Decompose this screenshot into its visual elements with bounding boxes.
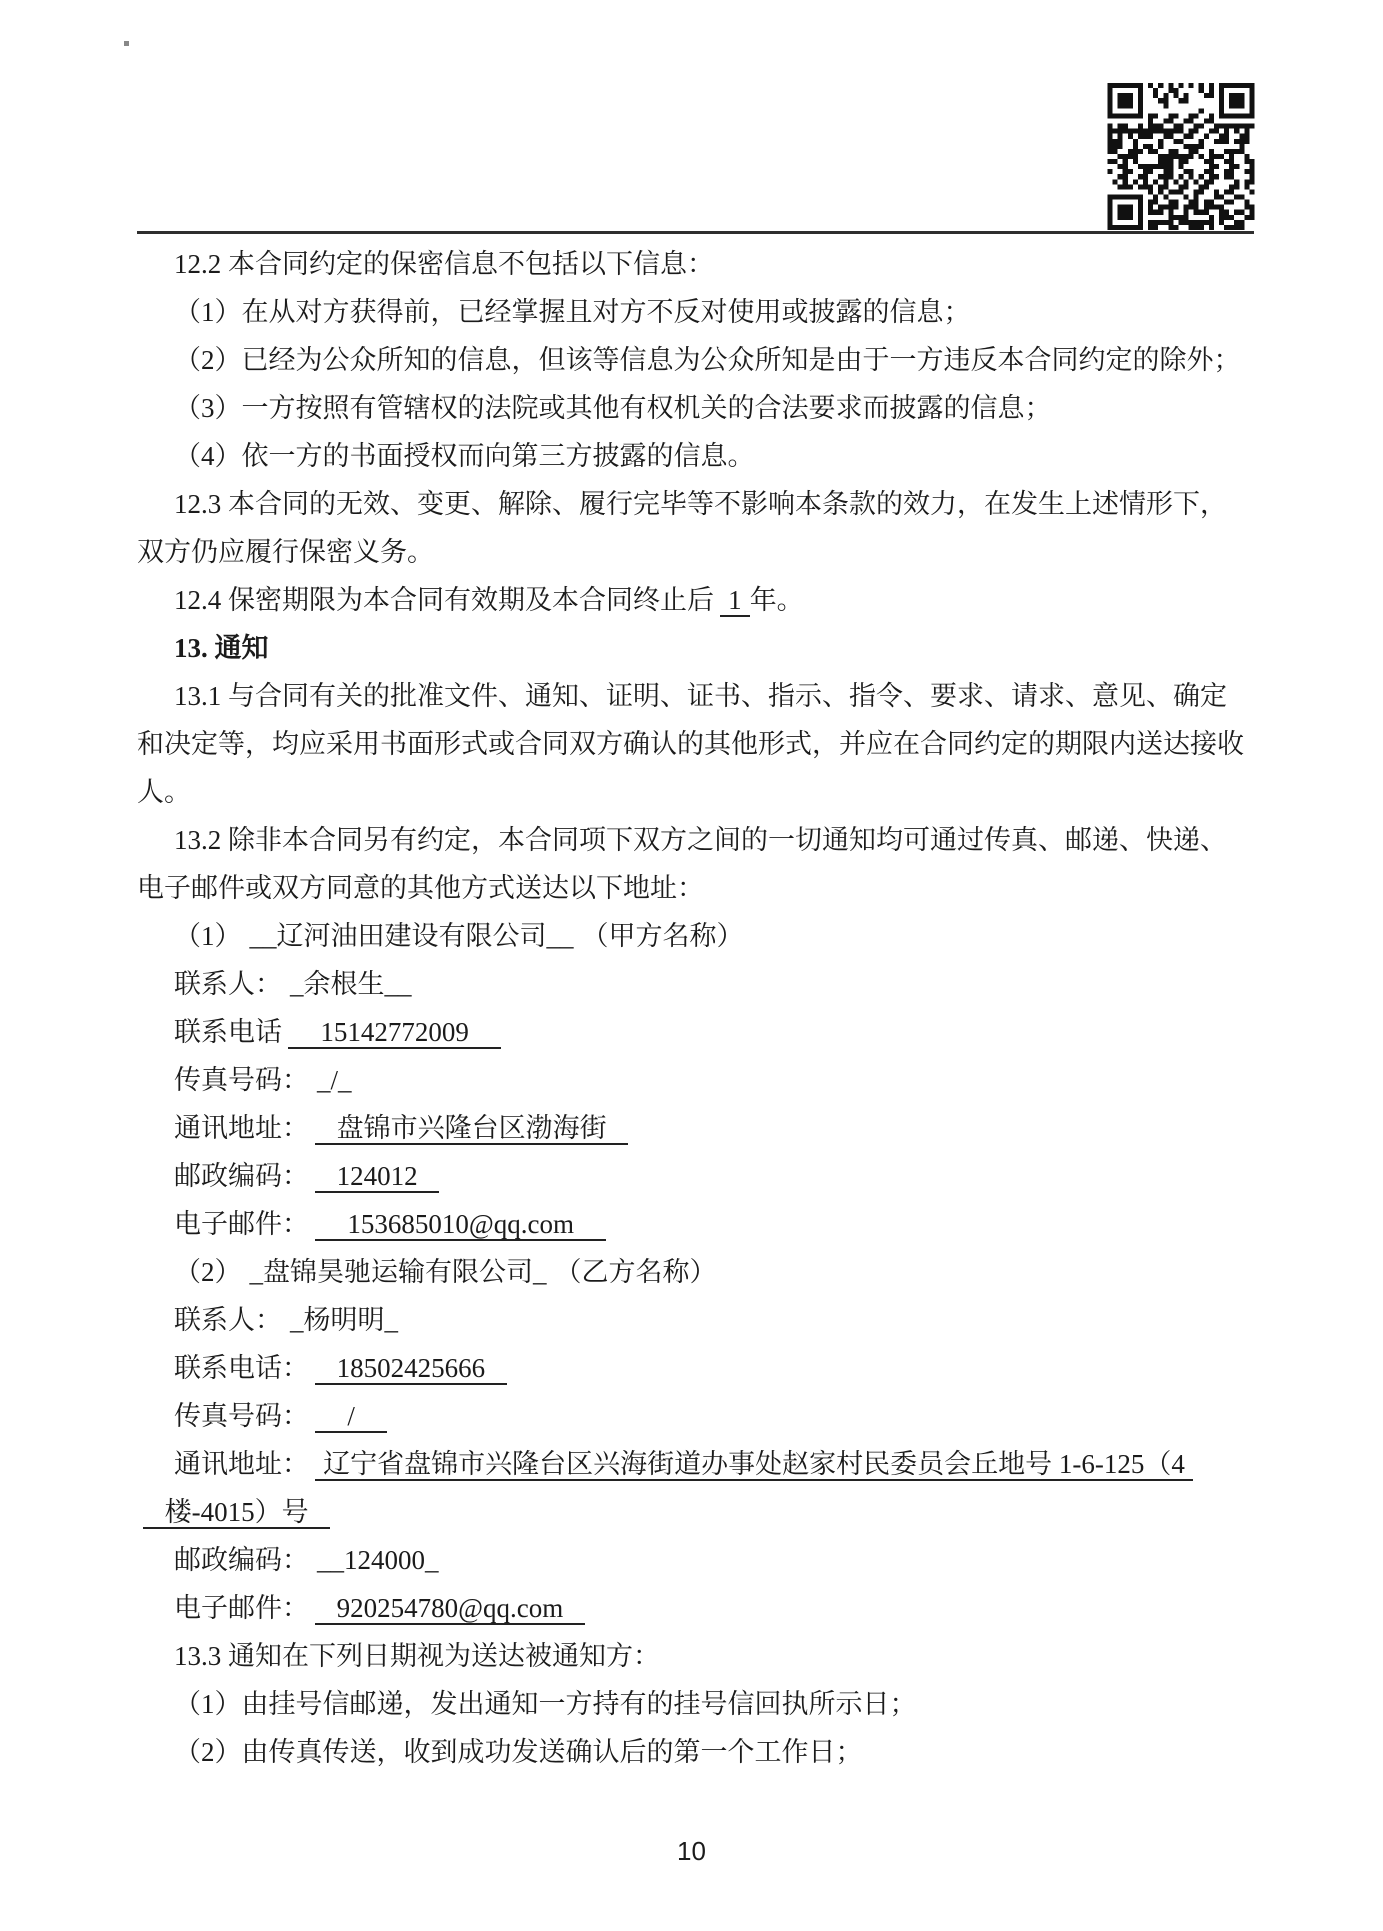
text-run: 传真号码： <box>174 1401 309 1431</box>
underlined-field-value: 18502425666 <box>315 1353 507 1385</box>
text-run: 13.1 与合同有关的批准文件、通知、证明、证书、指示、指令、要求、请求、意见、… <box>174 681 1227 711</box>
party-b-email: 电子邮件：920254780@qq.com <box>137 1584 1262 1632</box>
qr-code-image <box>1107 83 1255 230</box>
text-run: （1）由挂号信邮递，发出通知一方持有的挂号信回执所示日； <box>174 1689 917 1719</box>
text-run: （2） <box>174 1257 242 1287</box>
text-run: 通讯地址： <box>174 1449 309 1479</box>
clause-12-3-line-1: 12.3 本合同的无效、变更、解除、履行完毕等不影响本条款的效力，在发生上述情形… <box>137 480 1262 528</box>
page-number: 10 <box>0 1836 1383 1867</box>
clause-13-2-line-1: 13.2 除非本合同另有约定，本合同项下双方之间的一切通知均可通过传真、邮递、快… <box>137 816 1262 864</box>
clause-12-2-item-4: （4）依一方的书面授权而向第三方披露的信息。 <box>137 432 1262 480</box>
scan-speck <box>124 41 129 46</box>
text-run: （4）依一方的书面授权而向第三方披露的信息。 <box>174 441 755 471</box>
clause-13-1-line-1: 13.1 与合同有关的批准文件、通知、证明、证书、指示、指令、要求、请求、意见、… <box>137 672 1262 720</box>
underlined-field-value: 楼-4015）号 <box>143 1497 330 1529</box>
clause-13-2-line-2: 电子邮件或双方同意的其他方式送达以下地址： <box>137 864 1262 912</box>
underlined-field-value: 153685010@qq.com <box>315 1209 606 1241</box>
text-run: 电子邮件或双方同意的其他方式送达以下地址： <box>137 873 704 903</box>
text-run: 人。 <box>137 777 191 807</box>
text-run: 和决定等，均应采用书面形式或合同双方确认的其他形式，并应在合同约定的期限内送达接… <box>137 729 1244 759</box>
party-a-postcode: 邮政编码：124012 <box>137 1152 1262 1200</box>
party-b-fax: 传真号码：/ <box>137 1392 1262 1440</box>
scanned-contract-page: 12.2 本合同约定的保密信息不包括以下信息：（1）在从对方获得前，已经掌握且对… <box>0 0 1383 1931</box>
clause-12-3-line-2: 双方仍应履行保密义务。 <box>137 528 1262 576</box>
text-run: 通讯地址： <box>174 1113 309 1143</box>
underlined-field-value: 1 <box>720 585 750 617</box>
text-run: （1）在从对方获得前，已经掌握且对方不反对使用或披露的信息； <box>174 297 971 327</box>
party-a-fax: 传真号码：_/_ <box>137 1056 1262 1104</box>
text-run: 联系人： <box>174 1305 282 1335</box>
text-run: 电子邮件： <box>174 1209 309 1239</box>
party-b-name-line: （2）_盘锦昊驰运输有限公司_（乙方名称） <box>137 1248 1262 1296</box>
text-run: 邮政编码： <box>174 1161 309 1191</box>
text-run: 邮政编码： <box>174 1545 309 1575</box>
text-run: （2）由传真传送，收到成功发送确认后的第一个工作日； <box>174 1737 863 1767</box>
underlined-field-value: 辽宁省盘锦市兴隆台区兴海街道办事处赵家村民委员会丘地号 1-6-125（4 <box>315 1449 1193 1481</box>
text-run: （1） <box>174 921 242 951</box>
party-a-phone: 联系电话15142772009 <box>137 1008 1262 1056</box>
party-b-address-line-2: 楼-4015）号 <box>137 1488 1262 1536</box>
text-run: 电子邮件： <box>174 1593 309 1623</box>
text-run: 年。 <box>750 585 804 615</box>
text-run: 联系电话： <box>174 1353 309 1383</box>
text-run: 13.3 通知在下列日期视为送达被通知方： <box>174 1641 660 1671</box>
text-run: （甲方名称） <box>582 921 744 951</box>
text-run: 双方仍应履行保密义务。 <box>137 537 434 567</box>
text-run: 12.3 本合同的无效、变更、解除、履行完毕等不影响本条款的效力，在发生上述情形… <box>174 489 1227 519</box>
underlined-field-value: / <box>315 1401 387 1433</box>
field-value: _余根生__ <box>290 969 412 999</box>
text-run: 联系人： <box>174 969 282 999</box>
underlined-field-value: 920254780@qq.com <box>315 1593 585 1625</box>
party-a-email: 电子邮件：153685010@qq.com <box>137 1200 1262 1248</box>
text-run: （乙方名称） <box>555 1257 717 1287</box>
text-run: 12.4 保密期限为本合同有效期及本合同终止后 <box>174 585 714 615</box>
section-13-heading: 13. 通知 <box>137 624 1262 672</box>
clause-12-2-item-3: （3）一方按照有管辖权的法院或其他有权机关的合法要求而披露的信息； <box>137 384 1262 432</box>
clause-12-2-item-2: （2）已经为公众所知的信息，但该等信息为公众所知是由于一方违反本合同约定的除外； <box>137 336 1262 384</box>
text-run: （2）已经为公众所知的信息，但该等信息为公众所知是由于一方违反本合同约定的除外； <box>174 345 1241 375</box>
party-a-address: 通讯地址：盘锦市兴隆台区渤海街 <box>137 1104 1262 1152</box>
party-b-address-line-1: 通讯地址：辽宁省盘锦市兴隆台区兴海街道办事处赵家村民委员会丘地号 1-6-125… <box>137 1440 1262 1488</box>
field-value: _盘锦昊驰运输有限公司_ <box>250 1257 547 1287</box>
text-run: 13.2 除非本合同另有约定，本合同项下双方之间的一切通知均可通过传真、邮递、快… <box>174 825 1227 855</box>
party-b-contact-person: 联系人：_杨明明_ <box>137 1296 1262 1344</box>
field-value: __辽河油田建设有限公司__ <box>250 921 574 951</box>
underlined-field-value: 15142772009 <box>288 1017 501 1049</box>
underlined-field-value: 124012 <box>315 1161 439 1193</box>
underlined-field-value: 盘锦市兴隆台区渤海街 <box>315 1113 628 1145</box>
document-body: 12.2 本合同约定的保密信息不包括以下信息：（1）在从对方获得前，已经掌握且对… <box>137 240 1262 1776</box>
clause-13-1-line-2: 和决定等，均应采用书面形式或合同双方确认的其他形式，并应在合同约定的期限内送达接… <box>137 720 1262 768</box>
clause-13-3: 13.3 通知在下列日期视为送达被通知方： <box>137 1632 1262 1680</box>
party-b-phone: 联系电话：18502425666 <box>137 1344 1262 1392</box>
clause-13-1-line-3: 人。 <box>137 768 1262 816</box>
clause-13-3-item-1: （1）由挂号信邮递，发出通知一方持有的挂号信回执所示日； <box>137 1680 1262 1728</box>
text-run: 12.2 本合同约定的保密信息不包括以下信息： <box>174 249 714 279</box>
text-run: 联系电话 <box>174 1017 282 1047</box>
party-a-name-line: （1）__辽河油田建设有限公司__（甲方名称） <box>137 912 1262 960</box>
clause-13-3-item-2: （2）由传真传送，收到成功发送确认后的第一个工作日； <box>137 1728 1262 1776</box>
party-b-postcode: 邮政编码：__124000_ <box>137 1536 1262 1584</box>
clause-12-2-item-1: （1）在从对方获得前，已经掌握且对方不反对使用或披露的信息； <box>137 288 1262 336</box>
text-run: 13. 通知 <box>174 633 269 663</box>
field-value: __124000_ <box>317 1545 439 1575</box>
text-run: 传真号码： <box>174 1065 309 1095</box>
party-a-contact-person: 联系人：_余根生__ <box>137 960 1262 1008</box>
clause-12-4: 12.4 保密期限为本合同有效期及本合同终止后1年。 <box>137 576 1262 624</box>
field-value: _杨明明_ <box>290 1305 398 1335</box>
text-run: （3）一方按照有管辖权的法院或其他有权机关的合法要求而披露的信息； <box>174 393 1052 423</box>
field-value: _/_ <box>317 1065 352 1095</box>
clause-12-2: 12.2 本合同约定的保密信息不包括以下信息： <box>137 240 1262 288</box>
header-divider-line <box>137 231 1254 234</box>
